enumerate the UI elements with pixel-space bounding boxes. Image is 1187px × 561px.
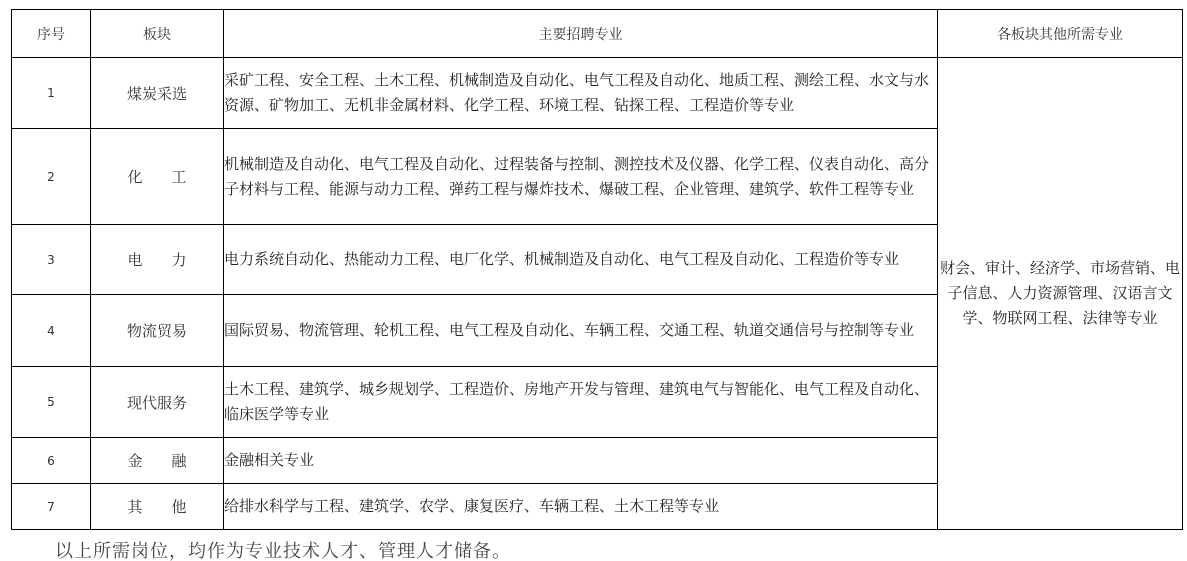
row-index: 6 [12,438,91,484]
sector-char: 电 [127,249,171,270]
row-sector: 煤炭采选 [91,58,224,129]
row-index: 1 [12,58,91,129]
sector-char: 他 [171,498,186,516]
row-main-majors: 电力系统自动化、热能动力工程、电厂化学、机械制造及自动化、电气工程及自动化、工程… [224,225,938,295]
table-row: 1 煤炭采选 采矿工程、安全工程、土木工程、机械制造及自动化、电气工程及自动化、… [12,58,1183,129]
row-sector: 金融 [91,438,224,484]
row-sector: 化工 [91,129,224,225]
row-index: 5 [12,367,91,438]
row-index: 4 [12,295,91,367]
row-sector: 物流贸易 [91,295,224,367]
sector-char: 工 [171,168,186,186]
footnote-text: 以上所需岗位，均作为专业技术人才、管理人才储备。 [55,537,511,561]
row-main-majors: 给排水科学与工程、建筑学、农学、康复医疗、车辆工程、土木工程等专业 [224,484,938,530]
sector-char: 力 [171,251,186,269]
row-main-majors: 国际贸易、物流管理、轮机工程、电气工程及自动化、车辆工程、交通工程、轨道交通信号… [224,295,938,367]
header-index: 序号 [12,10,91,58]
sector-char: 金 [127,450,171,471]
header-sector: 板块 [91,10,224,58]
row-main-majors: 机械制造及自动化、电气工程及自动化、过程装备与控制、测控技术及仪器、化学工程、仪… [224,129,938,225]
row-main-majors: 土木工程、建筑学、城乡规划学、工程造价、房地产开发与管理、建筑电气与智能化、电气… [224,367,938,438]
sector-char: 其 [127,496,171,517]
row-index: 7 [12,484,91,530]
row-sector: 其他 [91,484,224,530]
row-sector: 现代服务 [91,367,224,438]
row-sector: 电力 [91,225,224,295]
row-index: 3 [12,225,91,295]
sector-char: 融 [171,452,186,470]
row-main-majors: 采矿工程、安全工程、土木工程、机械制造及自动化、电气工程及自动化、地质工程、测绘… [224,58,938,129]
recruitment-majors-table: 序号 板块 主要招聘专业 各板块其他所需专业 1 煤炭采选 采矿工程、安全工程、… [11,9,1183,530]
header-main-majors: 主要招聘专业 [224,10,938,58]
other-majors-cell: 财会、审计、经济学、市场营销、电子信息、人力资源管理、汉语言文学、物联网工程、法… [938,58,1183,530]
table-header-row: 序号 板块 主要招聘专业 各板块其他所需专业 [12,10,1183,58]
header-other-majors: 各板块其他所需专业 [938,10,1183,58]
sector-char: 化 [127,166,171,187]
row-main-majors: 金融相关专业 [224,438,938,484]
row-index: 2 [12,129,91,225]
